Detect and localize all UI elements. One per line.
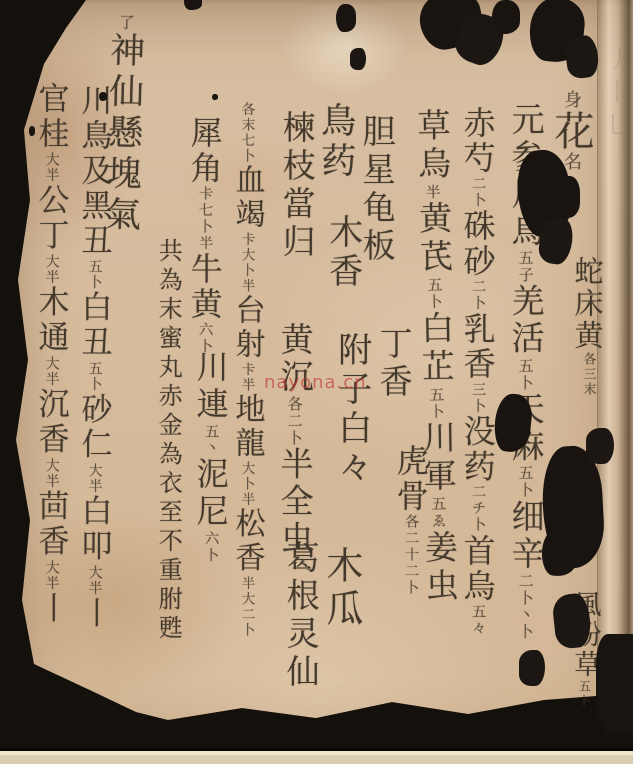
- column-segment: 大半: [43, 152, 59, 184]
- column-segment: 硃砂: [459, 209, 497, 279]
- column-segment: 各末七卜: [239, 102, 255, 164]
- column-segment: 首烏: [459, 534, 497, 604]
- text-column-chuanlian: 川連五丶泥尼六卜: [193, 350, 227, 564]
- text-column-hugu: 虎骨各二十二卜: [393, 444, 427, 596]
- column-segment: 三卜: [470, 382, 486, 415]
- column-segment: 大半: [86, 565, 102, 597]
- ink-blotch: [519, 650, 545, 686]
- ink-blotch: [586, 428, 614, 464]
- column-segment: 各二十二卜: [403, 514, 419, 596]
- column-segment: 五丶: [203, 424, 219, 457]
- column-segment: 黄芪: [414, 201, 454, 278]
- column-segment: 各三末: [580, 352, 595, 397]
- column-segment: 羌活: [507, 284, 546, 358]
- text-column-muxiang: 木香: [324, 214, 360, 292]
- column-segment: 胆星: [358, 114, 397, 190]
- column-segment: 蜜丸赤金為衣: [154, 325, 182, 499]
- column-segment: 细辛: [507, 499, 546, 573]
- column-segment: 五ゑ: [429, 496, 448, 530]
- table-edge-strip: [0, 748, 633, 764]
- column-segment: 五卜: [86, 259, 102, 291]
- column-segment: 虎骨: [392, 444, 430, 514]
- text-column-niaoyao: 鳥药: [317, 102, 354, 182]
- text-column-gegen: 葛根灵仙: [283, 540, 318, 692]
- ink-blotch: [492, 0, 520, 34]
- column-segment: 附子: [332, 332, 372, 410]
- column-segment: 牛黄: [186, 252, 224, 322]
- column-segment: 犀角: [186, 116, 224, 186]
- column-segment: 大半: [43, 458, 59, 490]
- column-segment: 地龍: [230, 393, 265, 461]
- column-segment: 了: [116, 14, 135, 32]
- column-segment: 松香: [230, 508, 265, 576]
- column-segment: 大半: [86, 463, 102, 495]
- column-segment: 白芷: [416, 310, 456, 387]
- column-segment: 五卜: [427, 386, 446, 420]
- column-segment: 台射: [230, 294, 265, 362]
- column-segment: 丨: [76, 597, 112, 632]
- ink-dot: [212, 94, 218, 100]
- text-column-mugua: 木瓜: [321, 546, 360, 632]
- ink-dot: [99, 92, 107, 101]
- column-segment: 白丑: [76, 291, 112, 361]
- text-column-dingxiang: 丁香: [376, 326, 411, 402]
- column-segment: 卡半: [239, 362, 255, 393]
- column-segment: 草烏: [412, 108, 452, 185]
- column-segment: 共為末: [154, 238, 182, 325]
- column-segment: 大半: [43, 356, 59, 388]
- column-segment: 川鳥及黑丑: [76, 84, 112, 259]
- column-segment: 葛根: [282, 540, 321, 616]
- watermark: nayona.cn: [264, 372, 367, 393]
- column-segment: 五卜: [517, 358, 535, 392]
- column-segment: 五卜: [517, 465, 535, 499]
- column-segment: 川連: [192, 350, 230, 424]
- column-segment: 二卜: [470, 279, 486, 312]
- column-segment: 灵仙: [282, 616, 321, 692]
- text-column-guangui: 官桂大半公丁大半木通大半沉香大半茴香大半丨: [34, 82, 67, 627]
- column-segment: 沉香: [33, 388, 69, 458]
- text-column-chuanwu-left: 川鳥及黑丑五卜白丑五卜砂仁大半白叩大半丨: [77, 84, 110, 632]
- column-segment: 二卜丶卜: [517, 573, 535, 640]
- ink-blotch: [336, 4, 356, 32]
- column-segment: 血竭: [230, 164, 265, 232]
- column-segment: 砂仁: [76, 393, 112, 463]
- column-segment: 木香: [323, 214, 363, 292]
- text-column-shechuang: 蛇床黄各三末: [572, 256, 602, 397]
- text-column-xijiao: 犀角卡七卜半牛黄六卜: [187, 116, 221, 354]
- column-segment: 官桂: [33, 82, 69, 152]
- column-segment: 丿卜乚: [602, 46, 630, 145]
- column-segment: 胕甦: [154, 586, 182, 644]
- column-segment: 當归: [278, 186, 317, 262]
- column-segment: 五子: [517, 250, 535, 284]
- text-column-fuzi: 附子白々: [333, 332, 369, 488]
- column-segment: 五々: [470, 604, 486, 637]
- column-segment: 五卜: [86, 361, 102, 393]
- column-segment: 鳥药: [316, 102, 356, 182]
- column-segment: 蛇床黄: [570, 256, 604, 352]
- column-segment: 半: [424, 184, 442, 201]
- column-segment: 六卜: [203, 531, 219, 564]
- text-column-xuejie: 各末七卜血竭卡大卜半台射卡半地龍大卜半松香半大二卜: [231, 102, 263, 638]
- column-segment: 龟板: [358, 190, 397, 266]
- column-segment: 半: [276, 447, 315, 484]
- text-column-lianzhi: 楝枝當归: [279, 110, 314, 262]
- column-segment: 二チ卜: [470, 484, 486, 533]
- column-segment: 木瓜: [320, 546, 363, 632]
- ink-blotch: [558, 176, 580, 218]
- ink-dot: [29, 126, 35, 136]
- column-segment: 卡大卜半: [239, 232, 255, 294]
- column-segment: 身: [561, 90, 582, 110]
- column-segment: 乳香: [459, 312, 497, 382]
- text-column-gongweimo: 共為末蜜丸赤金為衣至不重胕甦: [155, 238, 180, 644]
- column-segment: 大半: [43, 560, 59, 592]
- column-segment: 二卜: [470, 176, 486, 209]
- column-segment: 大半: [43, 254, 59, 286]
- column-segment: 茴香: [33, 490, 69, 560]
- column-segment: 公丁: [33, 184, 69, 254]
- column-segment: 五卜: [577, 680, 591, 708]
- column-segment: 丨: [33, 592, 69, 627]
- text-column-chishao: 赤芍二卜硃砂二卜乳香三卜没药二チ卜首烏五々: [460, 106, 494, 636]
- column-segment: 白叩: [76, 495, 112, 565]
- column-segment: 赤芍: [459, 106, 497, 176]
- column-segment: 卡七卜半: [197, 186, 213, 252]
- column-segment: 大卜半: [239, 461, 255, 508]
- ink-blotch: [350, 48, 366, 70]
- column-segment: 木通: [33, 286, 69, 356]
- column-segment: 白々: [332, 410, 372, 488]
- column-segment: 花: [548, 110, 594, 152]
- column-segment: 各二卜: [286, 396, 304, 447]
- text-column-bleedthrough: 丿卜乚: [603, 46, 628, 145]
- ink-blotch: [596, 634, 633, 734]
- text-column-danxing: 胆星龟板: [359, 114, 394, 266]
- column-segment: 泥尼: [192, 457, 230, 531]
- column-segment: 没药: [459, 414, 497, 484]
- text-column-quanchong: 黄沉各二卜半全虫: [277, 322, 312, 558]
- column-segment: 丁香: [375, 326, 414, 402]
- column-segment: 至不重: [154, 499, 182, 586]
- column-segment: 楝枝: [278, 110, 317, 186]
- column-segment: 半大二卜: [239, 576, 255, 638]
- manuscript-photo: 身花名丿卜乚蛇床黄各三末元参川烏五子羌活五卜天麻五卜细辛二卜丶卜赤芍二卜硃砂二卜…: [0, 0, 633, 764]
- column-segment: 五卜: [425, 277, 444, 311]
